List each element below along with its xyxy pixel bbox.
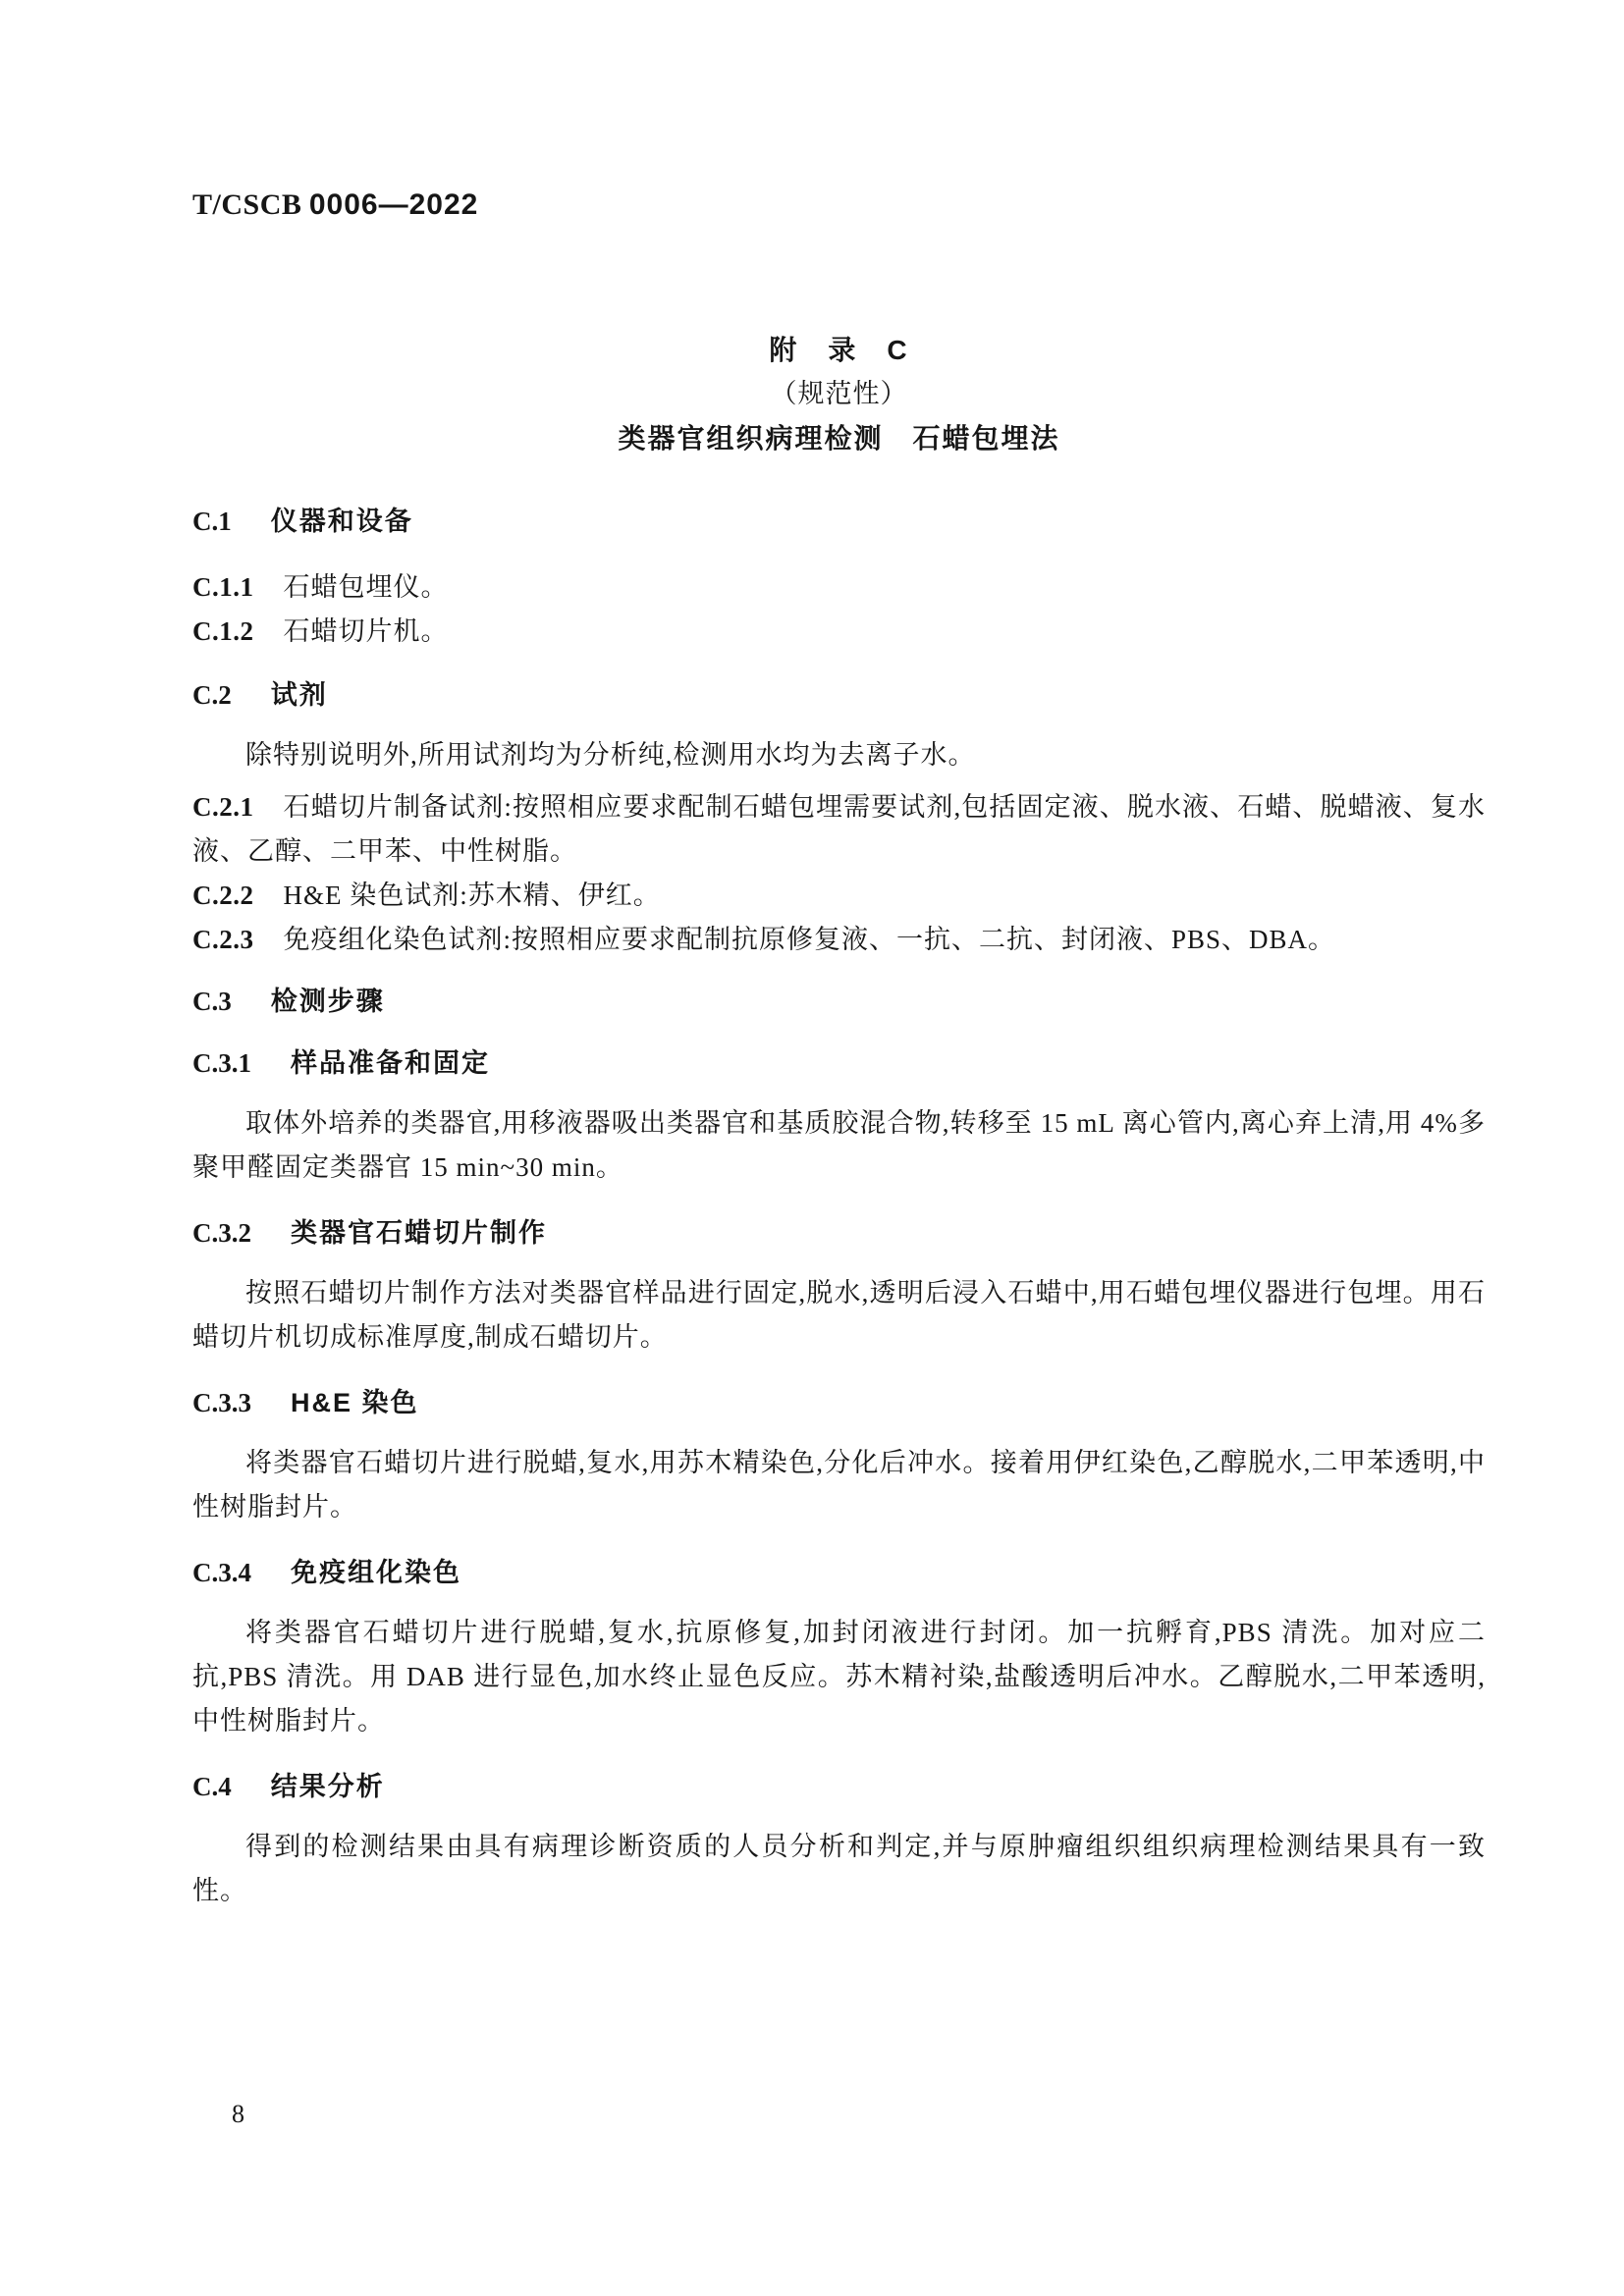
clause-text: 免疫组化染色试剂:按照相应要求配制抗原修复液、一抗、二抗、封闭液、PBS、DBA… xyxy=(284,925,1336,954)
clause-c1-1: C.1.1石蜡包埋仪。 xyxy=(192,565,1486,610)
section-heading-c3: C.3检测步骤 xyxy=(192,980,1486,1024)
section-number: C.4 xyxy=(192,1772,232,1801)
clause-c2-3: C.2.3免疫组化染色试剂:按照相应要求配制抗原修复液、一抗、二抗、封闭液、PB… xyxy=(192,918,1486,962)
page-number: 8 xyxy=(192,2100,1486,2129)
paragraph-c4: 得到的检测结果由具有病理诊断资质的人员分析和判定,并与原肿瘤组织组织病理检测结果… xyxy=(192,1825,1486,1913)
clause-text: 石蜡切片制备试剂:按照相应要求配制石蜡包埋需要试剂,包括固定液、脱水液、石蜡、脱… xyxy=(192,792,1486,866)
appendix-normative-label: （规范性） xyxy=(192,372,1486,416)
appendix-subject: 类器官组织病理检测 石蜡包埋法 xyxy=(192,416,1486,460)
subsection-title: 类器官石蜡切片制作 xyxy=(291,1218,547,1248)
paragraph-c3-1: 取体外培养的类器官,用移液器吸出类器官和基质胶混合物,转移至 15 mL 离心管… xyxy=(192,1101,1486,1190)
section-title: 试剂 xyxy=(271,680,328,710)
subsection-heading-c3-2: C.3.2类器官石蜡切片制作 xyxy=(192,1211,1486,1255)
paragraph-c3-3: 将类器官石蜡切片进行脱蜡,复水,用苏木精染色,分化后冲水。接着用伊红染色,乙醇脱… xyxy=(192,1441,1486,1529)
clause-number: C.2.3 xyxy=(192,925,254,954)
standard-code-number: 0006—2022 xyxy=(309,188,478,221)
clause-number: C.2.2 xyxy=(192,881,254,910)
section-heading-c2: C.2试剂 xyxy=(192,673,1486,718)
subsection-title: 免疫组化染色 xyxy=(291,1558,461,1587)
subsection-number: C.3.3 xyxy=(192,1388,251,1417)
subsection-number: C.3.1 xyxy=(192,1048,251,1078)
subsection-heading-c3-3: C.3.3H&E 染色 xyxy=(192,1381,1486,1425)
subsection-heading-c3-4: C.3.4免疫组化染色 xyxy=(192,1551,1486,1595)
paragraph-c2-intro: 除特别说明外,所用试剂均为分析纯,检测用水均为去离子水。 xyxy=(192,733,1486,777)
section-heading-c1: C.1仪器和设备 xyxy=(192,500,1486,544)
section-number: C.2 xyxy=(192,680,232,710)
clause-text: 石蜡切片机。 xyxy=(284,616,449,646)
standard-number: T/CSCB 0006—2022 xyxy=(192,187,1486,223)
clause-text: H&E 染色试剂:苏木精、伊红。 xyxy=(284,881,661,910)
section-title: 仪器和设备 xyxy=(271,507,413,536)
appendix-title: 附 录 C xyxy=(192,328,1486,372)
clause-c1-2: C.1.2石蜡切片机。 xyxy=(192,610,1486,654)
appendix-title-block: 附 录 C （规范性） 类器官组织病理检测 石蜡包埋法 xyxy=(192,328,1486,460)
standard-code-prefix: T/CSCB xyxy=(192,188,301,221)
subsection-title: H&E 染色 xyxy=(291,1388,419,1417)
clause-c2-1: C.2.1石蜡切片制备试剂:按照相应要求配制石蜡包埋需要试剂,包括固定液、脱水液… xyxy=(192,785,1486,874)
subsection-heading-c3-1: C.3.1样品准备和固定 xyxy=(192,1041,1486,1086)
section-number: C.3 xyxy=(192,987,232,1016)
paragraph-c3-4: 将类器官石蜡切片进行脱蜡,复水,抗原修复,加封闭液进行封闭。加一抗孵育,PBS … xyxy=(192,1611,1486,1743)
section-heading-c4: C.4结果分析 xyxy=(192,1765,1486,1809)
subsection-number: C.3.2 xyxy=(192,1218,251,1248)
paragraph-c3-2: 按照石蜡切片制作方法对类器官样品进行固定,脱水,透明后浸入石蜡中,用石蜡包埋仪器… xyxy=(192,1271,1486,1360)
clause-c2-2: C.2.2H&E 染色试剂:苏木精、伊红。 xyxy=(192,874,1486,918)
document-page: T/CSCB 0006—2022 附 录 C （规范性） 类器官组织病理检测 石… xyxy=(0,0,1624,2296)
subsection-title: 样品准备和固定 xyxy=(291,1048,490,1078)
clause-number: C.1.2 xyxy=(192,616,254,646)
clause-number: C.1.1 xyxy=(192,572,254,602)
subsection-number: C.3.4 xyxy=(192,1558,251,1587)
clause-text: 石蜡包埋仪。 xyxy=(284,572,449,602)
section-title: 检测步骤 xyxy=(271,987,385,1016)
section-number: C.1 xyxy=(192,507,232,536)
clause-number: C.2.1 xyxy=(192,792,254,822)
section-title: 结果分析 xyxy=(271,1772,385,1801)
